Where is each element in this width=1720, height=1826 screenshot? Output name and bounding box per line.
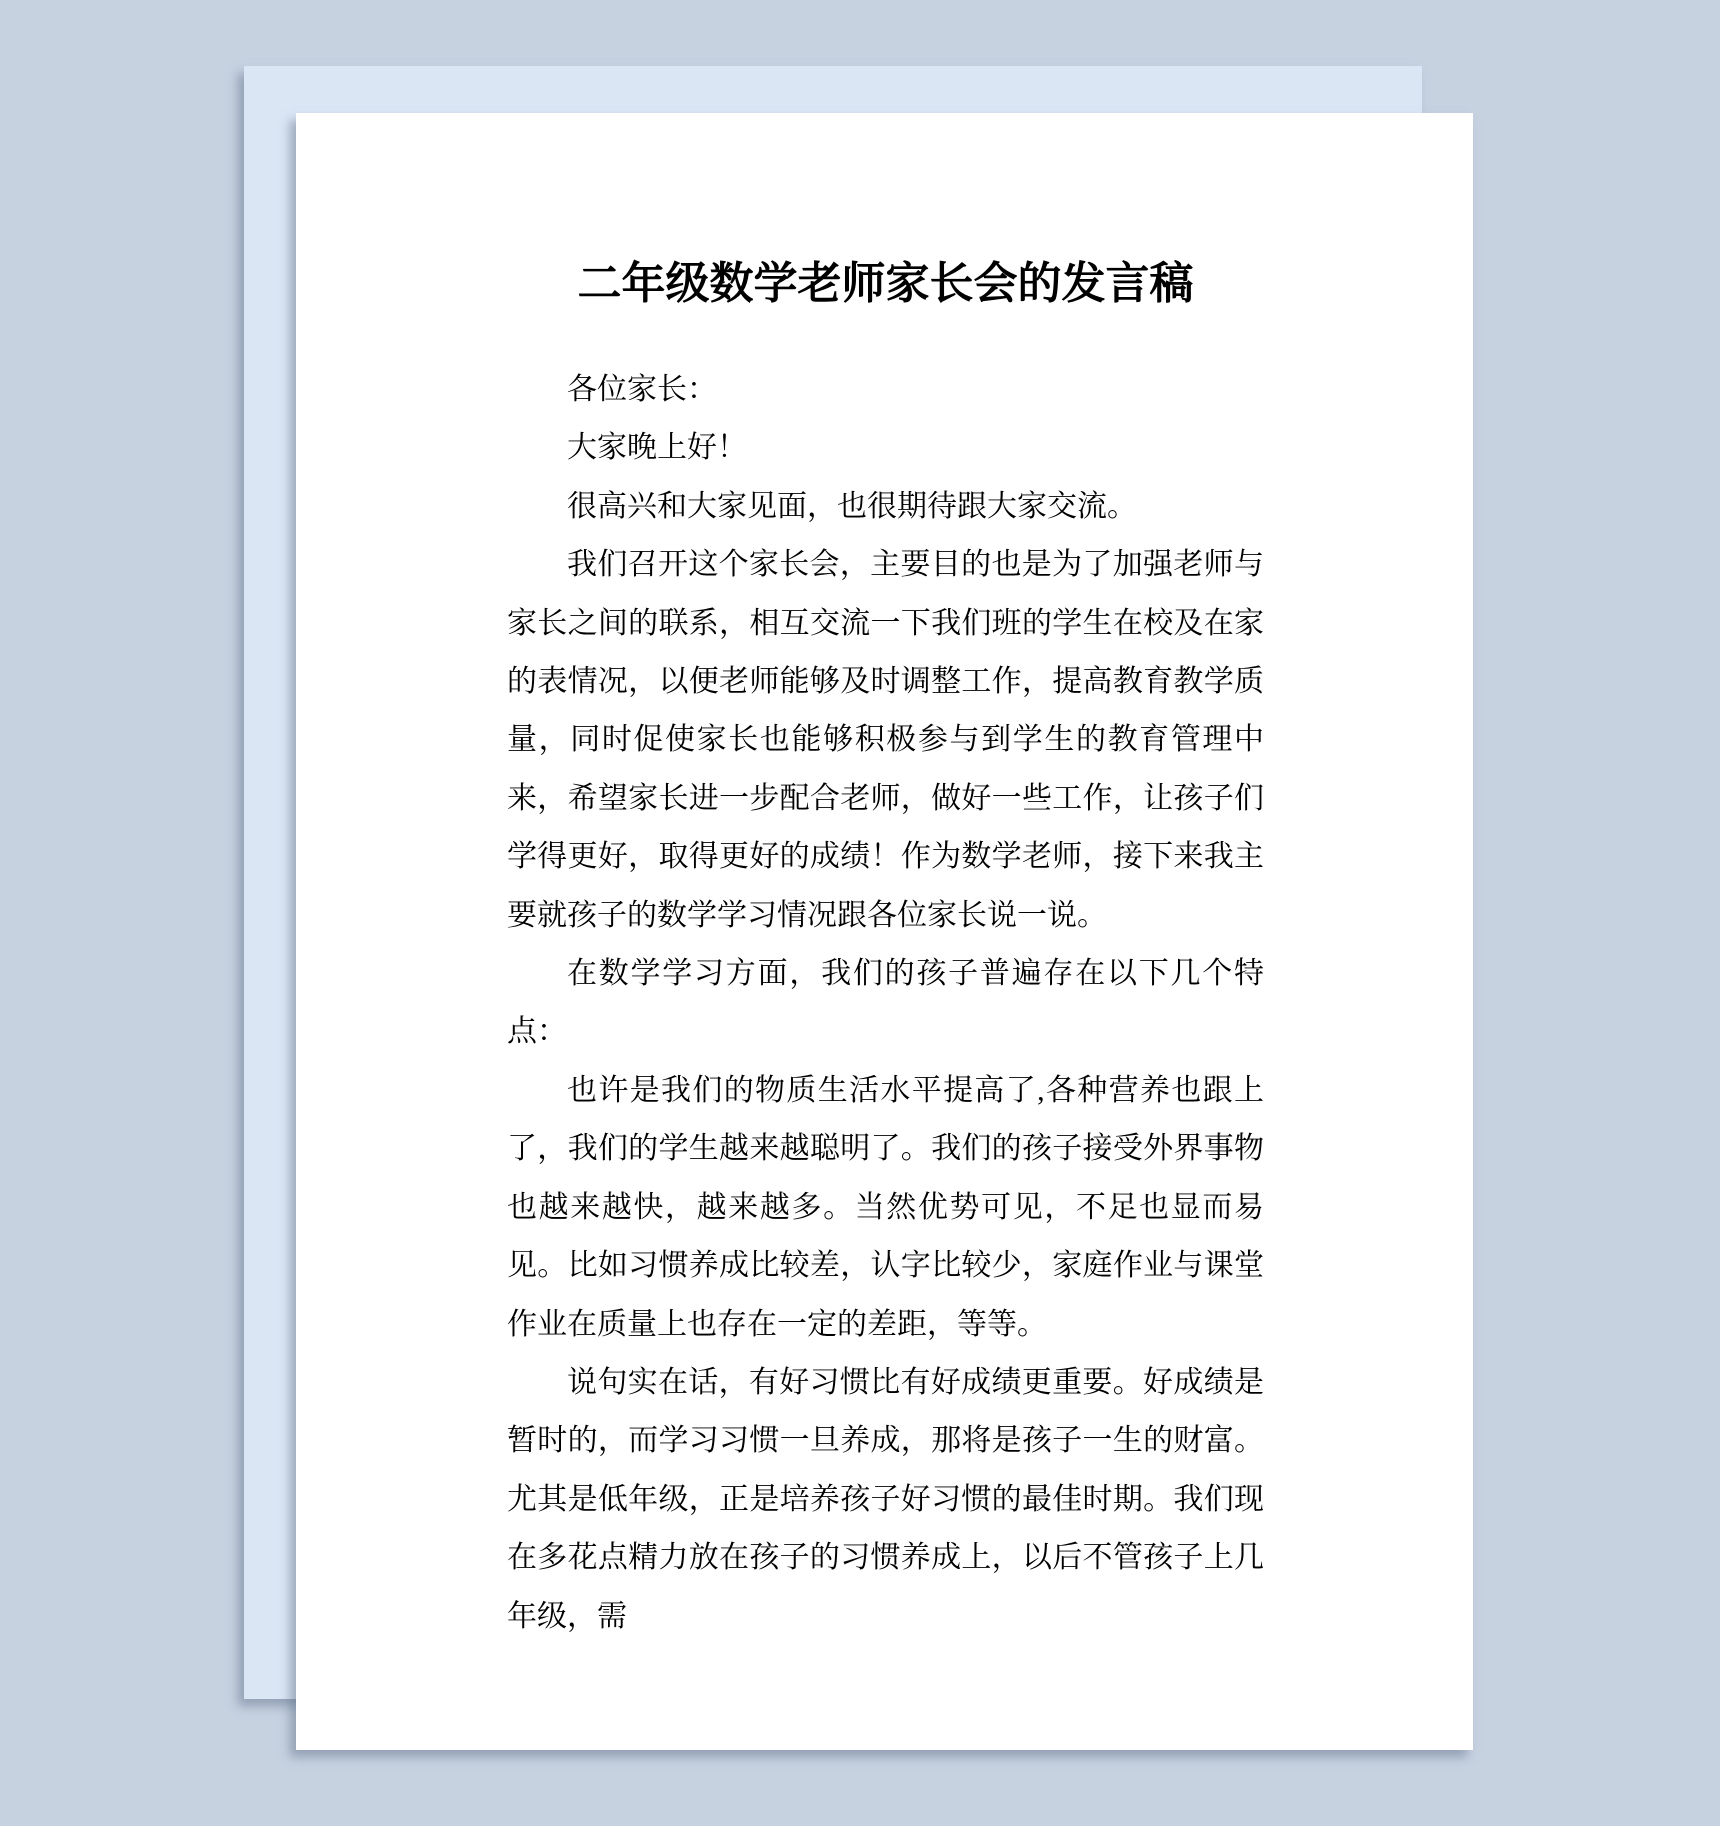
paragraph-habits-importance: 说句实在话，有好习惯比有好成绩更重要。好成绩是暂时的，而学习习惯一旦养成，那将是…: [507, 1354, 1264, 1646]
paragraph-student-traits: 也许是我们的物质生活水平提高了,各种营养也跟上了，我们的学生越来越聪明了。我们的…: [507, 1062, 1264, 1354]
paragraph-traits-intro: 在数学学习方面，我们的孩子普遍存在以下几个特点：: [507, 945, 1264, 1062]
paragraph-salutation: 各位家长：: [507, 361, 1264, 419]
document-body: 各位家长： 大家晚上好！ 很高兴和大家见面，也很期待跟大家交流。 我们召开这个家…: [507, 361, 1264, 1646]
desktop-background: 二年级数学老师家长会的发言稿 各位家长： 大家晚上好！ 很高兴和大家见面，也很期…: [0, 0, 1720, 1826]
paragraph-opening: 很高兴和大家见面，也很期待跟大家交流。: [507, 478, 1264, 536]
document-title: 二年级数学老师家长会的发言稿: [507, 253, 1264, 315]
paragraph-greeting: 大家晚上好！: [507, 419, 1264, 477]
document-page: 二年级数学老师家长会的发言稿 各位家长： 大家晚上好！ 很高兴和大家见面，也很期…: [296, 113, 1473, 1750]
paragraph-meeting-purpose: 我们召开这个家长会，主要目的也是为了加强老师与家长之间的联系，相互交流一下我们班…: [507, 536, 1264, 945]
